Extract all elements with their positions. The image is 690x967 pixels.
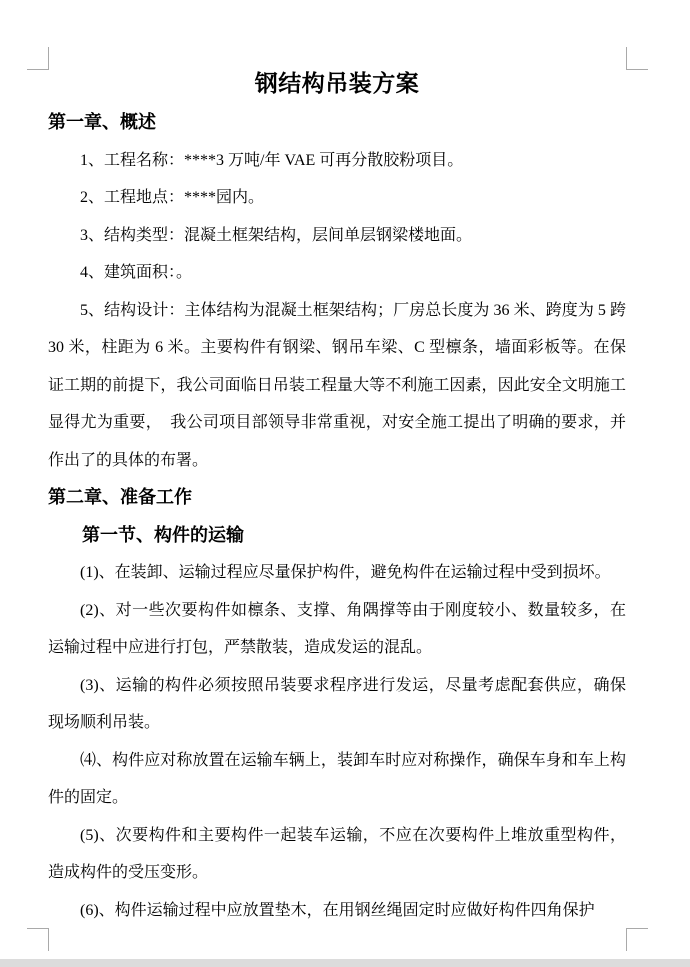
paragraph-project-name: 1、工程名称：****3 万吨/年 VAE 可再分散胶粉项目。 xyxy=(48,142,626,180)
page-break-strip xyxy=(0,959,690,967)
paragraph-structure-design: 5、结构设计：主体结构为混凝土框架结构；厂房总长度为 36 米、跨度为 5 跨 … xyxy=(48,292,626,480)
paragraph-transport-5: (5)、次要构件和主要构件一起装车运输，不应在次要构件上堆放重型构件，造成构件的… xyxy=(48,817,626,892)
paragraph-transport-2: (2)、对一些次要构件如檩条、支撑、角隅撑等由于刚度较小、数量较多，在运输过程中… xyxy=(48,592,626,667)
paragraph-project-location: 2、工程地点：****园内。 xyxy=(48,179,626,217)
heading-section-1: 第一节、构件的运输 xyxy=(48,517,626,555)
heading-chapter-1: 第一章、概述 xyxy=(48,104,626,142)
paragraph-building-area: 4、建筑面积：。 xyxy=(48,254,626,292)
paragraph-transport-6: (6)、构件运输过程中应放置垫木，在用钢丝绳固定时应做好构件四角保护 xyxy=(48,892,626,930)
document-title: 钢结构吊装方案 xyxy=(48,64,626,104)
crop-mark-top-left xyxy=(27,47,49,70)
crop-mark-bottom-right xyxy=(626,928,648,951)
heading-chapter-2: 第二章、准备工作 xyxy=(48,479,626,517)
paragraph-transport-4: ⑷、构件应对称放置在运输车辆上，装卸车时应对称操作，确保车身和车上构件的固定。 xyxy=(48,742,626,817)
paragraph-structure-type: 3、结构类型：混凝土框架结构，层间单层钢梁楼地面。 xyxy=(48,217,626,255)
paragraph-transport-3: (3)、运输的构件必须按照吊装要求程序进行发运，尽量考虑配套供应，确保现场顺利吊… xyxy=(48,667,626,742)
paragraph-transport-1: (1)、在装卸、运输过程应尽量保护构件，避免构件在运输过程中受到损坏。 xyxy=(48,554,626,592)
document-page: 钢结构吊装方案 第一章、概述 1、工程名称：****3 万吨/年 VAE 可再分… xyxy=(0,0,690,967)
crop-mark-bottom-left xyxy=(27,928,49,951)
crop-mark-top-right xyxy=(626,47,648,70)
document-content: 钢结构吊装方案 第一章、概述 1、工程名称：****3 万吨/年 VAE 可再分… xyxy=(48,0,626,929)
